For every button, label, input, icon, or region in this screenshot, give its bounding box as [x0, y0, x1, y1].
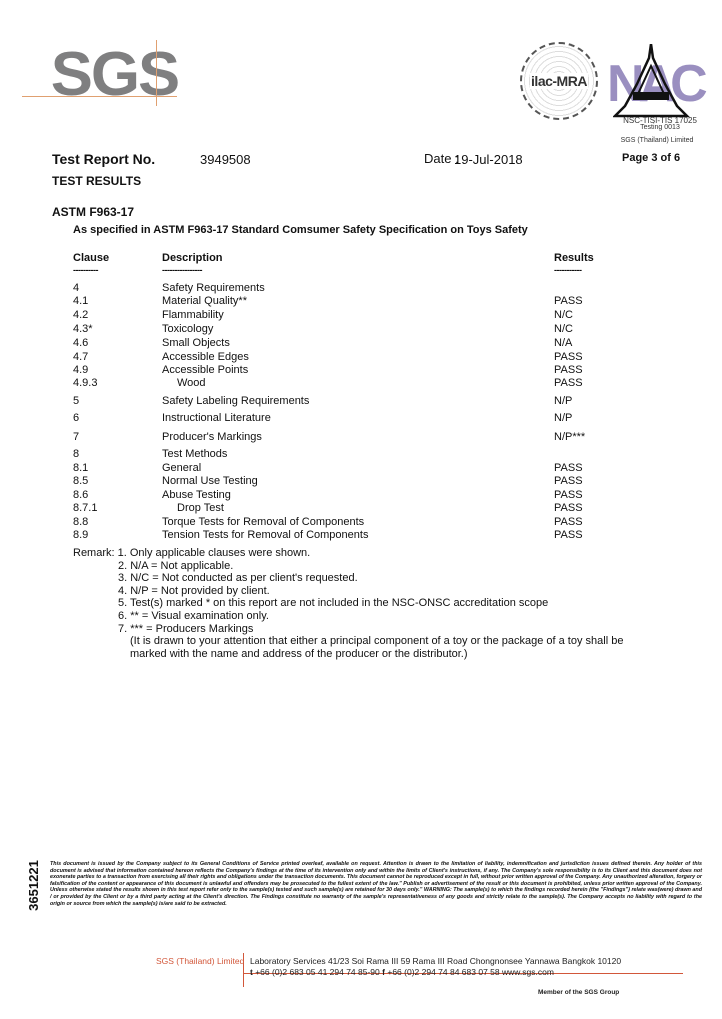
description-cell: Instructional Literature — [162, 411, 271, 425]
table-row: 8.5Normal Use TestingPASS — [0, 474, 722, 488]
remark-item: 2. N/A = Not applicable. — [73, 560, 623, 573]
result-cell: PASS — [554, 474, 583, 488]
description-cell: Small Objects — [162, 336, 230, 350]
footer-address: Laboratory Services 41/23 Soi Rama III 5… — [250, 956, 621, 966]
description-cell: Normal Use Testing — [162, 474, 258, 488]
table-row: 4.6Small ObjectsN/A — [0, 336, 722, 350]
result-cell: PASS — [554, 501, 583, 515]
description-cell: Accessible Points — [162, 363, 248, 377]
description-cell: Safety Labeling Requirements — [162, 394, 309, 408]
result-cell: PASS — [554, 488, 583, 502]
table-row: 4.9.3WoodPASS — [0, 376, 722, 390]
remark-item: 1. Only applicable clauses were shown. — [118, 547, 311, 559]
clause-cell: 4.9.3 — [73, 376, 97, 390]
clause-cell: 4.7 — [73, 350, 88, 364]
remarks: Remark: 1. Only applicable clauses were … — [73, 547, 623, 660]
remarks-label: Remark: — [73, 547, 115, 559]
description-cell: Torque Tests for Removal of Components — [162, 515, 364, 529]
clause-cell: 4.1 — [73, 294, 88, 308]
description-cell: Test Methods — [162, 447, 227, 461]
fax-label: f — [382, 967, 385, 977]
table-row: 4.2FlammabilityN/C — [0, 308, 722, 322]
clause-cell: 4 — [73, 281, 79, 295]
table-row: 5Safety Labeling RequirementsN/P — [0, 394, 722, 408]
column-divider-description: ---------------- — [162, 265, 202, 275]
clause-cell: 4.6 — [73, 336, 88, 350]
table-row: 8.6Abuse TestingPASS — [0, 488, 722, 502]
clause-cell: 5 — [73, 394, 79, 408]
clause-cell: 8.6 — [73, 488, 88, 502]
column-header-clause: Clause — [73, 252, 109, 264]
remark-item: 7. *** = Producers Markings — [73, 623, 623, 636]
table-row: 4.3*ToxicologyN/C — [0, 322, 722, 336]
table-row: 7Producer's MarkingsN/P*** — [0, 430, 722, 444]
accreditation-marks: ilac-MRA NAC NSC-TISI-TIS 17025 Testing … — [512, 36, 712, 146]
description-cell: Material Quality** — [162, 294, 247, 308]
fax-numbers: +66 (0)2 294 74 84 683 07 58 www.sgs.com — [387, 967, 554, 977]
phone-numbers: +66 (0)2 683 05 41 294 74 85-90 — [255, 967, 380, 977]
serial-number-text: 3651221 — [26, 860, 41, 911]
clause-cell: 8.5 — [73, 474, 88, 488]
footer-member: Member of the SGS Group — [538, 989, 619, 996]
clause-cell: 4.3* — [73, 322, 93, 336]
table-row: 4Safety Requirements — [0, 281, 722, 295]
description-cell: Producer's Markings — [162, 430, 262, 444]
description-cell: Drop Test — [177, 501, 224, 515]
phone-label: t — [250, 967, 253, 977]
table-row: 8Test Methods — [0, 447, 722, 461]
temple-roof-icon — [613, 44, 693, 118]
result-cell: N/P*** — [554, 430, 585, 444]
clause-cell: 7 — [73, 430, 79, 444]
remark-item: 5. Test(s) marked * on this report are n… — [73, 597, 623, 610]
remark-item: 6. ** = Visual examination only. — [73, 610, 623, 623]
result-cell: N/P — [554, 411, 572, 425]
document-serial-number: 3651221 — [22, 862, 42, 912]
table-row: 6Instructional LiteratureN/P — [0, 411, 722, 425]
report-number: 3949508 — [200, 152, 251, 167]
table-row: 8.7.1Drop TestPASS — [0, 501, 722, 515]
footer-vertical-rule — [243, 953, 244, 987]
report-date: 19-Jul-2018 — [454, 152, 523, 167]
footer-company: SGS (Thailand) Limited — [156, 956, 244, 966]
result-cell: PASS — [554, 528, 583, 542]
report-number-label: Test Report No. — [52, 151, 155, 167]
clause-cell: 8 — [73, 447, 79, 461]
description-cell: Accessible Edges — [162, 350, 249, 364]
table-row: 8.9Tension Tests for Removal of Componen… — [0, 528, 722, 542]
description-cell: Wood — [177, 376, 206, 390]
ilac-text: ilac-MRA — [530, 73, 588, 89]
description-cell: General — [162, 461, 201, 475]
table-row: 4.9Accessible PointsPASS — [0, 363, 722, 377]
remark-item: 4. N/P = Not provided by client. — [73, 585, 623, 598]
remark-item: 3. N/C = Not conducted as per client's r… — [73, 572, 623, 585]
result-cell: PASS — [554, 376, 583, 390]
table-row: 8.1GeneralPASS — [0, 461, 722, 475]
clause-cell: 8.9 — [73, 528, 88, 542]
result-cell: N/P — [554, 394, 572, 408]
logo-vertical-rule — [156, 40, 157, 106]
clause-cell: 4.2 — [73, 308, 88, 322]
result-cell: PASS — [554, 461, 583, 475]
accreditation-line-2: Testing 0013 — [610, 124, 710, 131]
table-row: 8.8Torque Tests for Removal of Component… — [0, 515, 722, 529]
nac-thailand-logo-icon: NAC — [607, 44, 697, 114]
clause-cell: 4.9 — [73, 363, 88, 377]
column-header-description: Description — [162, 252, 223, 264]
clause-cell: 6 — [73, 411, 79, 425]
description-cell: Toxicology — [162, 322, 213, 336]
remark-note-line: marked with the name and address of the … — [73, 648, 623, 661]
ilac-mra-logo-icon: ilac-MRA — [520, 42, 598, 120]
section-title: TEST RESULTS — [52, 174, 141, 188]
description-cell: Abuse Testing — [162, 488, 231, 502]
result-cell: PASS — [554, 515, 583, 529]
description-cell: Tension Tests for Removal of Components — [162, 528, 368, 542]
table-row: 4.7Accessible EdgesPASS — [0, 350, 722, 364]
column-header-results: Results — [554, 252, 594, 264]
clause-cell: 8.8 — [73, 515, 88, 529]
description-cell: Flammability — [162, 308, 224, 322]
sgs-logo: SGS — [20, 30, 180, 110]
page-indicator: Page 3 of 6 — [622, 152, 680, 164]
table-row: 4.1Material Quality**PASS — [0, 294, 722, 308]
remark-note-line: (It is drawn to your attention that eith… — [73, 635, 623, 648]
accreditation-line-3: SGS (Thailand) Limited — [602, 137, 712, 144]
clause-cell: 8.1 — [73, 461, 88, 475]
logo-horizontal-rule — [22, 96, 177, 97]
clause-cell: 8.7.1 — [73, 501, 97, 515]
standard-title: ASTM F963-17 — [52, 205, 134, 219]
result-cell: PASS — [554, 363, 583, 377]
result-cell: N/A — [554, 336, 572, 350]
description-cell: Safety Requirements — [162, 281, 265, 295]
column-divider-results: ----------- — [554, 265, 581, 275]
standard-subtitle: As specified in ASTM F963-17 Standard Co… — [73, 224, 528, 236]
result-cell: N/C — [554, 308, 573, 322]
legal-disclaimer: This document is issued by the Company s… — [50, 861, 702, 907]
column-divider-clause: ---------- — [73, 265, 98, 275]
result-cell: N/C — [554, 322, 573, 336]
result-cell: PASS — [554, 350, 583, 364]
result-cell: PASS — [554, 294, 583, 308]
footer: SGS (Thailand) Limited Laboratory Servic… — [0, 945, 722, 1019]
footer-contact: t +66 (0)2 683 05 41 294 74 85-90 f +66 … — [250, 967, 554, 977]
